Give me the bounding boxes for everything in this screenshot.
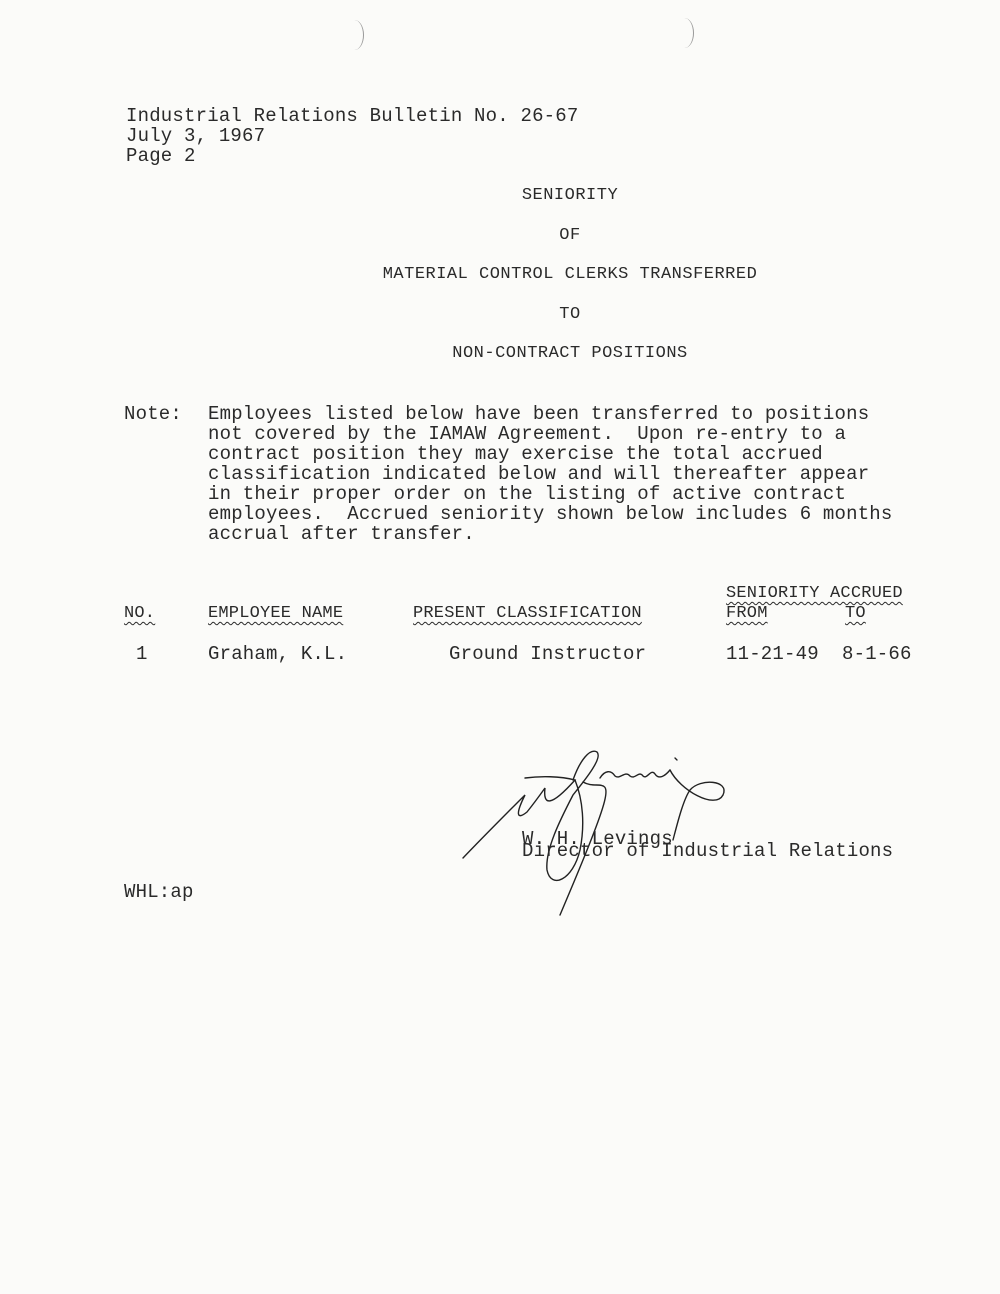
note-line: in their proper order on the listing of … [208,484,846,504]
cell-name: Graham, K.L. [208,644,347,664]
punch-hole-left [345,20,364,50]
column-header-from: FROM [726,604,768,624]
typist-initials: WHL:ap [124,882,194,902]
page-number: Page 2 [126,146,196,166]
column-header-no: NO. [124,604,155,624]
note-line: contract position they may exercise the … [208,444,823,464]
bulletin-date: July 3, 1967 [126,126,265,146]
note-line: classification indicated below and will … [208,464,869,484]
cell-to: 8-1-66 [842,644,912,664]
title-line-3: MATERIAL CONTROL CLERKS TRANSFERRED [0,265,1000,284]
note-line: accrual after transfer. [208,524,475,544]
bulletin-number: Industrial Relations Bulletin No. 26-67 [126,106,578,126]
punch-hole-right [675,18,694,48]
signatory-title: Director of Industrial Relations [522,841,893,861]
cell-classification: Ground Instructor [449,644,646,664]
cell-no: 1 [136,644,148,664]
note-line: not covered by the IAMAW Agreement. Upon… [208,424,846,444]
column-group-header: SENIORITY ACCRUED [726,584,903,604]
cell-from: 11-21-49 [726,644,819,664]
title-line-2: OF [0,226,1000,245]
column-header-classification: PRESENT CLASSIFICATION [413,604,642,624]
title-line-1: SENIORITY [0,186,1000,205]
note-label: Note: [124,404,182,424]
note-line: employees. Accrued seniority shown below… [208,504,893,524]
column-header-name: EMPLOYEE NAME [208,604,343,624]
note-line: Employees listed below have been transfe… [208,404,869,424]
title-line-4: TO [0,305,1000,324]
column-header-to: TO [845,604,866,624]
title-line-5: NON-CONTRACT POSITIONS [0,344,1000,363]
